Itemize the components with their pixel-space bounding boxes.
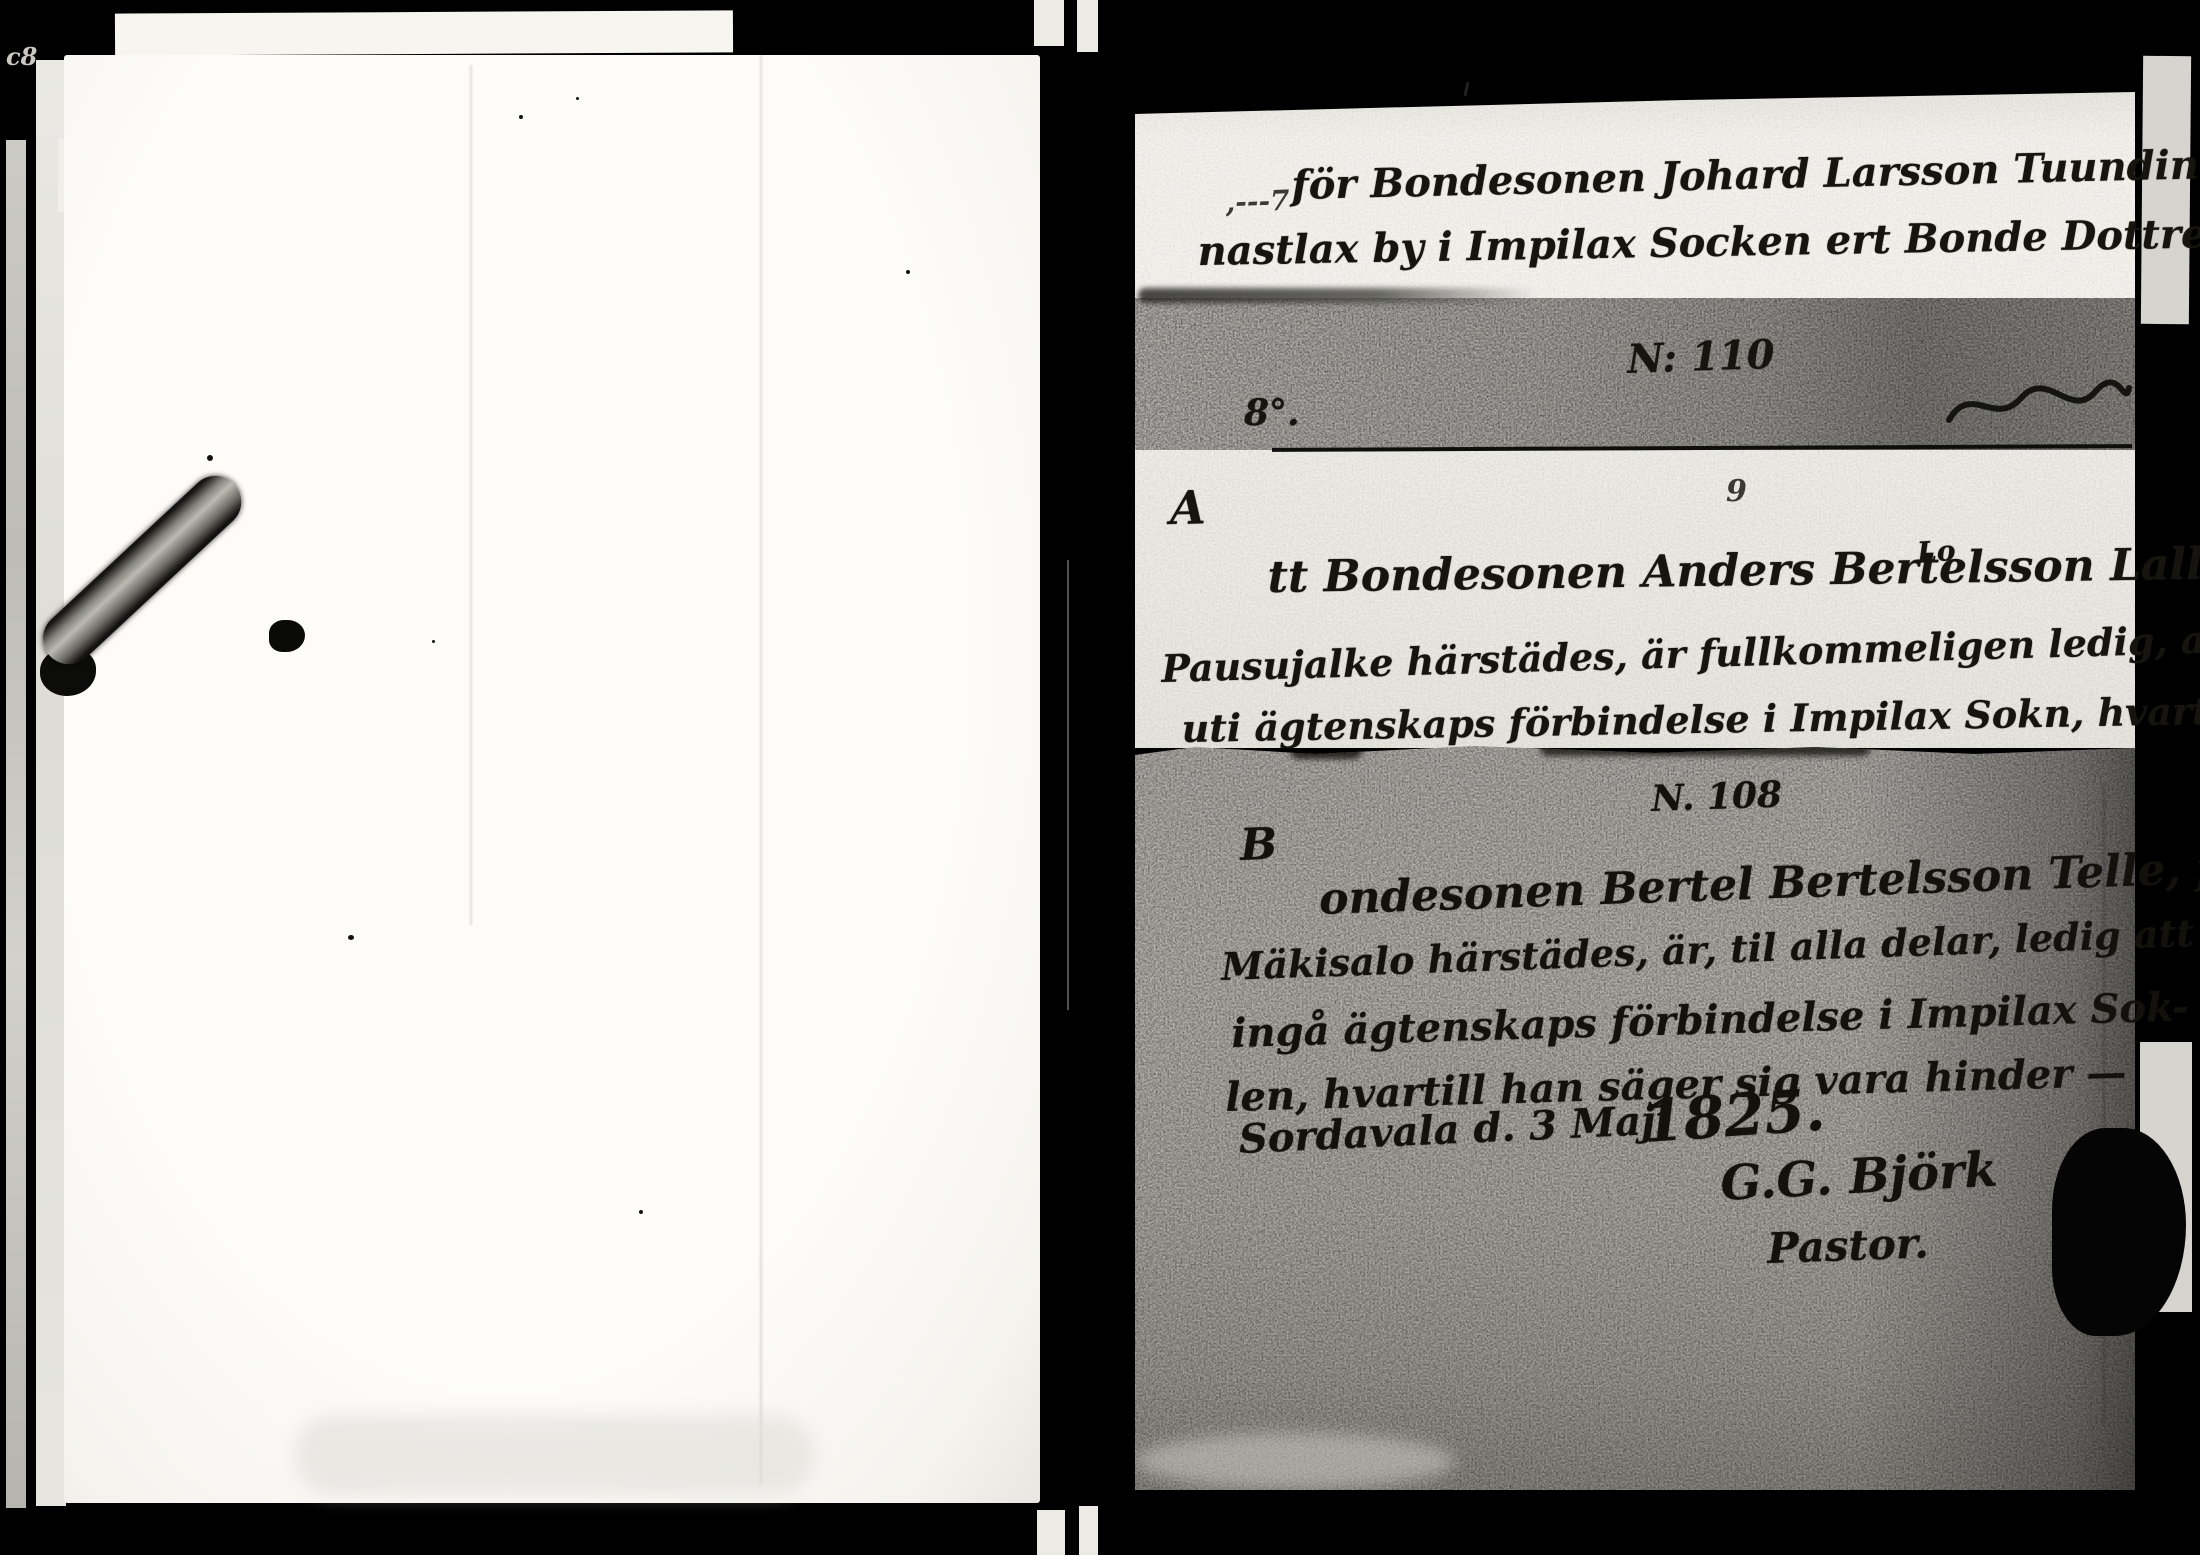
ink-speck: [576, 97, 579, 100]
pen-scribble: [1943, 368, 2133, 448]
stick-bar: [32, 465, 252, 675]
ink-speck: [348, 935, 354, 940]
left-page: [64, 55, 1040, 1503]
page-clamp-stick: [40, 480, 300, 720]
stray-pen-mark: [1464, 82, 1470, 96]
page-mark: 9: [1726, 474, 1747, 509]
ink-speck: [639, 1210, 643, 1214]
bottom-stain: [294, 1415, 814, 1495]
format-mark: 8°.: [1244, 392, 1300, 434]
corner-mark: c8: [6, 42, 37, 71]
film-sprocket-mark: [1034, 0, 1064, 46]
top-page-strip: [115, 10, 733, 55]
page-edge-strip: [6, 140, 26, 1508]
film-sprocket-mark: [1037, 1510, 1065, 1555]
ink-speck: [519, 115, 523, 119]
page-corner-light: [1135, 1433, 1455, 1489]
superscript-mark: Lo: [1916, 534, 1956, 569]
ink-speck: [432, 640, 435, 643]
page-crease: [470, 65, 472, 925]
page-edge-strip: [36, 60, 66, 1506]
page-crease: [760, 55, 762, 1485]
ink-speck: [207, 455, 213, 461]
prefix-mark: ,---7: [1225, 184, 1290, 219]
film-sprocket-mark: [1077, 0, 1098, 52]
page-edge-sliver: [2141, 56, 2191, 324]
record-number-110: N: 110: [1626, 331, 1775, 383]
film-sprocket-mark: [1079, 1506, 1098, 1555]
year-figure: 1825.: [1641, 1075, 1827, 1156]
gutter-highlight-line: [1067, 560, 1069, 1010]
signature-title: Pastor.: [1766, 1218, 1929, 1273]
record-number-108: N. 108: [1651, 773, 1783, 820]
ornate-initial: B: [1240, 845, 1277, 846]
torn-edge-smudge: [1138, 288, 1538, 303]
microfilm-scan-frame: c8 ,---7 för Bondesonen Johard Larsson T…: [0, 0, 2200, 1555]
ink-speck: [906, 270, 910, 274]
ornate-initial: A: [1170, 507, 1206, 508]
